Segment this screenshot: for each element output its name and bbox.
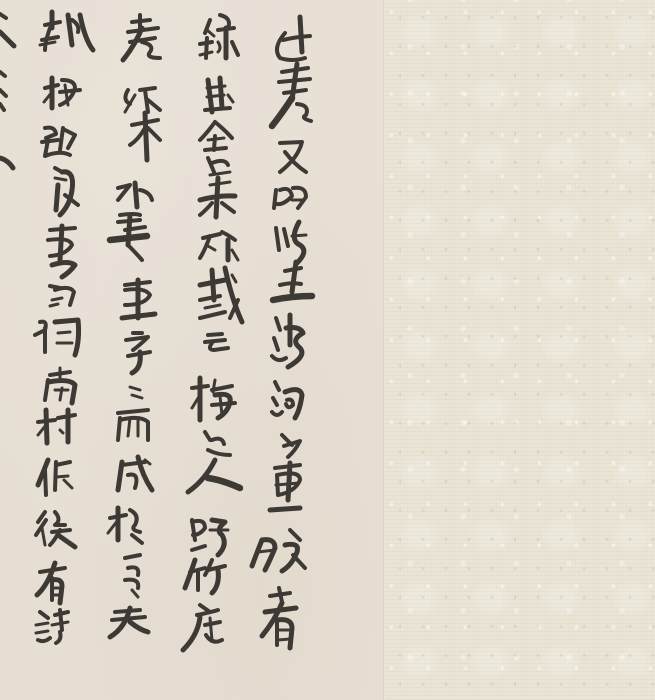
inscription-column-5-text — [0, 10, 14, 180]
calligraphy-handscroll: 先 是 見 明 張 — [0, 0, 655, 700]
inscription-column-3-text: 卷紙本水墨畫字字而成格寫天 — [110, 14, 160, 642]
inscription-column-2-text: 錄其全集所載云梅道人野竹居 — [186, 12, 240, 654]
inscription-column-1-text: 先是見明張丑清河書畫舫著 — [265, 14, 311, 654]
inscription-column-4-text: 跡梅題須畫為陶南村作後有詩 — [36, 10, 92, 646]
ink-inscription: 先 是 見 明 張 — [0, 0, 655, 700]
